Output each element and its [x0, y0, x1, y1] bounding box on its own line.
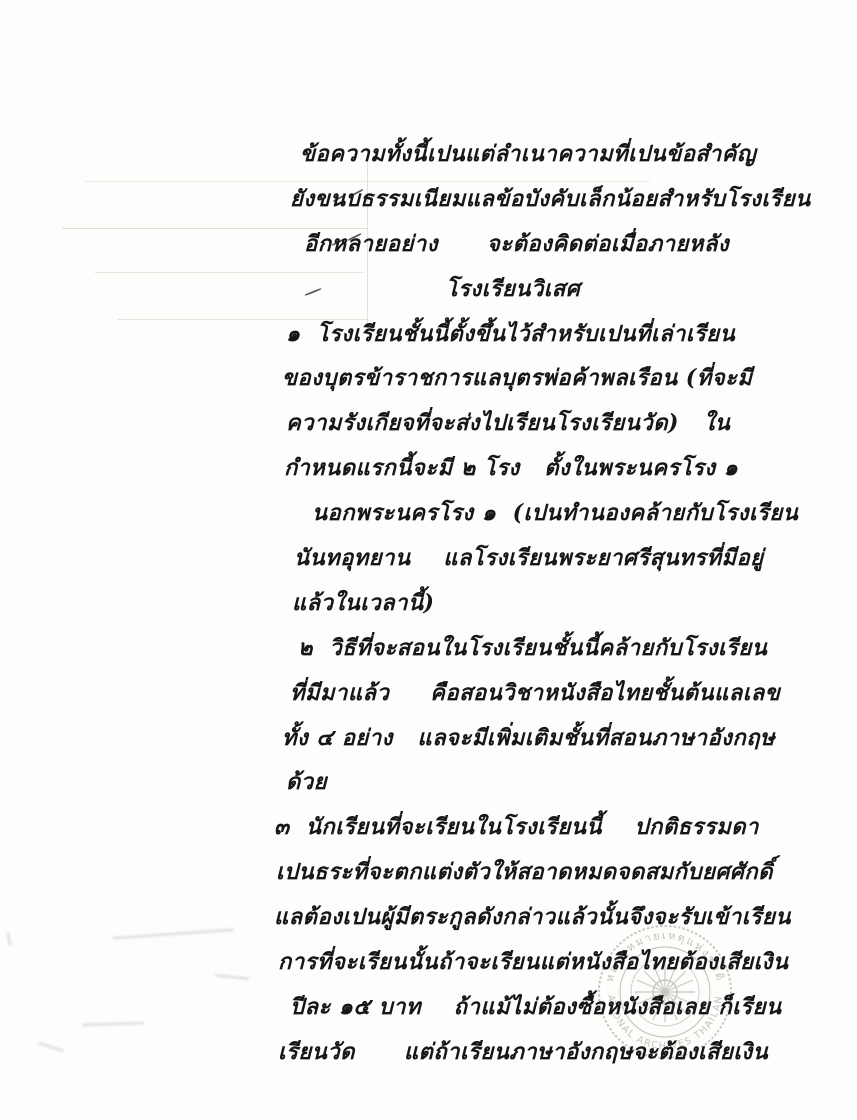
- manuscript-line: นอกพระนครโรง ๑ (เปนทำนองคล้ายกับโรงเรียน: [274, 487, 752, 532]
- manuscript-line: ๑ โรงเรียนชั้นนี้ตั้งขึ้นไว้สำหรับเปนที่…: [274, 308, 752, 353]
- manuscript-line: เรียนวัด แต่ถ้าเรียนภาษาอังกฤษจะต้องเสีย…: [274, 1026, 752, 1071]
- manuscript-line: การที่จะเรียนนั้นถ้าจะเรียนแต่หนังสือไทย…: [274, 936, 752, 981]
- pencil-smudge: [38, 1042, 63, 1052]
- section-heading: โรงเรียนวิเสศ: [274, 263, 752, 308]
- manuscript-line: แลต้องเปนผู้มีตระกูลดังกล่าวแล้วนั้นจึงจ…: [274, 891, 752, 936]
- manuscript-line: ด้วย: [274, 756, 752, 801]
- manuscript-line: อีกหลายอย่าง จะต้องคิดต่อเมื่อภายหลัง: [274, 218, 752, 263]
- manuscript-line: ความรังเกียจที่จะส่งไปเรียนโรงเรียนวัด) …: [274, 397, 752, 442]
- manuscript-line: แล้วในเวลานี้): [274, 577, 752, 622]
- manuscript-line: ทั้ง ๔ อย่าง แลจะมีเพิ่มเติมชั้นที่สอนภา…: [274, 712, 752, 757]
- manuscript-line: ที่มีมาแล้ว คือสอนวิชาหนังสือไทยชั้นต้นแ…: [274, 667, 752, 712]
- manuscript-line: เปนธระที่จะตกแต่งตัวให้สอาดหมดจดสมกับยศศ…: [274, 846, 752, 891]
- pencil-smudge: [215, 974, 249, 980]
- pencil-smudge: [7, 932, 11, 946]
- manuscript-line: ข้อความทั้งนี้เปนแต่ลำเนาความที่เปนข้อสำ…: [274, 128, 752, 173]
- manuscript-text-block: ข้อความทั้งนี้เปนแต่ลำเนาความที่เปนข้อสำ…: [274, 128, 752, 1071]
- manuscript-line: นันทอุทยาน แลโรงเรียนพระยาศรีสุนทรที่มีอ…: [274, 532, 752, 577]
- pencil-smudge: [112, 929, 234, 940]
- pencil-smudge: [82, 1022, 144, 1026]
- manuscript-page: หอจดหมายเหตุแห่งชาติ NATIONAL ARCHIVES T…: [0, 0, 857, 1120]
- manuscript-line: ปีละ ๑๕ บาท ถ้าแม้ไม่ต้องซื้อหนังสือเลย …: [274, 981, 752, 1026]
- manuscript-line: ๒ วิธีที่จะสอนในโรงเรียนชั้นนี้คล้ายกับโ…: [274, 622, 752, 667]
- manuscript-line: ๓ นักเรียนที่จะเรียนในโรงเรียนนี้ ปกติธร…: [274, 801, 752, 846]
- manuscript-line: กำหนดแรกนี้จะมี ๒ โรง ตั้งในพระนครโรง ๑: [274, 442, 752, 487]
- manuscript-line: ยังขนบธรรมเนียมแลข้อบังคับเล็กน้อยสำหรับ…: [274, 173, 752, 218]
- manuscript-line: ของบุตรข้าราชการแลบุตรพ่อค้าพลเรือน (ที่…: [274, 352, 752, 397]
